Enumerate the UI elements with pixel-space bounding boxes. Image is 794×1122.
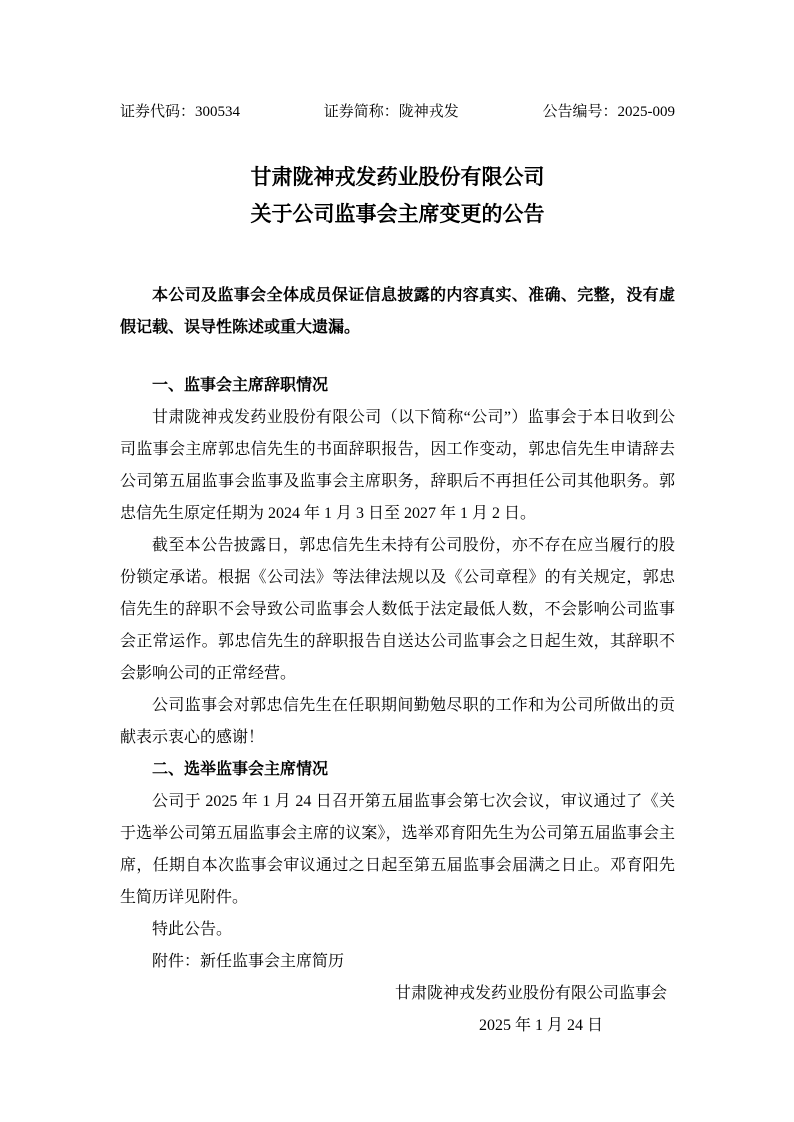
section-2-heading: 二、选举监事会主席情况: [120, 754, 675, 786]
section-1-paragraph-3: 公司监事会对郭忠信先生在任职期间勤勉尽职的工作和为公司所做出的贡献表示衷心的感谢…: [120, 690, 675, 754]
disclosure-statement: 本公司及监事会全体成员保证信息披露的内容真实、准确、完整，没有虚假记载、误导性陈…: [120, 280, 675, 344]
signature-date: 2025 年 1 月 24 日: [120, 1010, 675, 1042]
signature-company: 甘肃陇神戎发药业股份有限公司监事会: [120, 978, 675, 1010]
closing-attachment: 附件：新任监事会主席简历: [120, 946, 675, 978]
document-title: 甘肃陇神戎发药业股份有限公司 关于公司监事会主席变更的公告: [120, 165, 675, 226]
stock-code: 证券代码：300534: [120, 103, 240, 121]
section-1-heading: 一、监事会主席辞职情况: [120, 370, 675, 402]
section-2-paragraph-1: 公司于 2025 年 1 月 24 日召开第五届监事会第七次会议，审议通过了《关…: [120, 786, 675, 914]
title-line-subject: 关于公司监事会主席变更的公告: [120, 202, 675, 226]
title-line-company: 甘肃陇神戎发药业股份有限公司: [120, 165, 675, 189]
document-header: 证券代码：300534 证券简称：陇神戎发 公告编号：2025-009: [120, 103, 675, 121]
stock-short-name: 证券简称：陇神戎发: [324, 103, 459, 121]
announcement-number: 公告编号：2025-009: [543, 103, 676, 121]
closing-notice: 特此公告。: [120, 914, 675, 946]
section-1-paragraph-1: 甘肃陇神戎发药业股份有限公司（以下简称“公司”）监事会于本日收到公司监事会主席郭…: [120, 402, 675, 530]
section-1-paragraph-2: 截至本公告披露日，郭忠信先生未持有公司股份，亦不存在应当履行的股份锁定承诺。根据…: [120, 530, 675, 690]
announcement-document-page: 证券代码：300534 证券简称：陇神戎发 公告编号：2025-009 甘肃陇神…: [0, 0, 794, 1122]
